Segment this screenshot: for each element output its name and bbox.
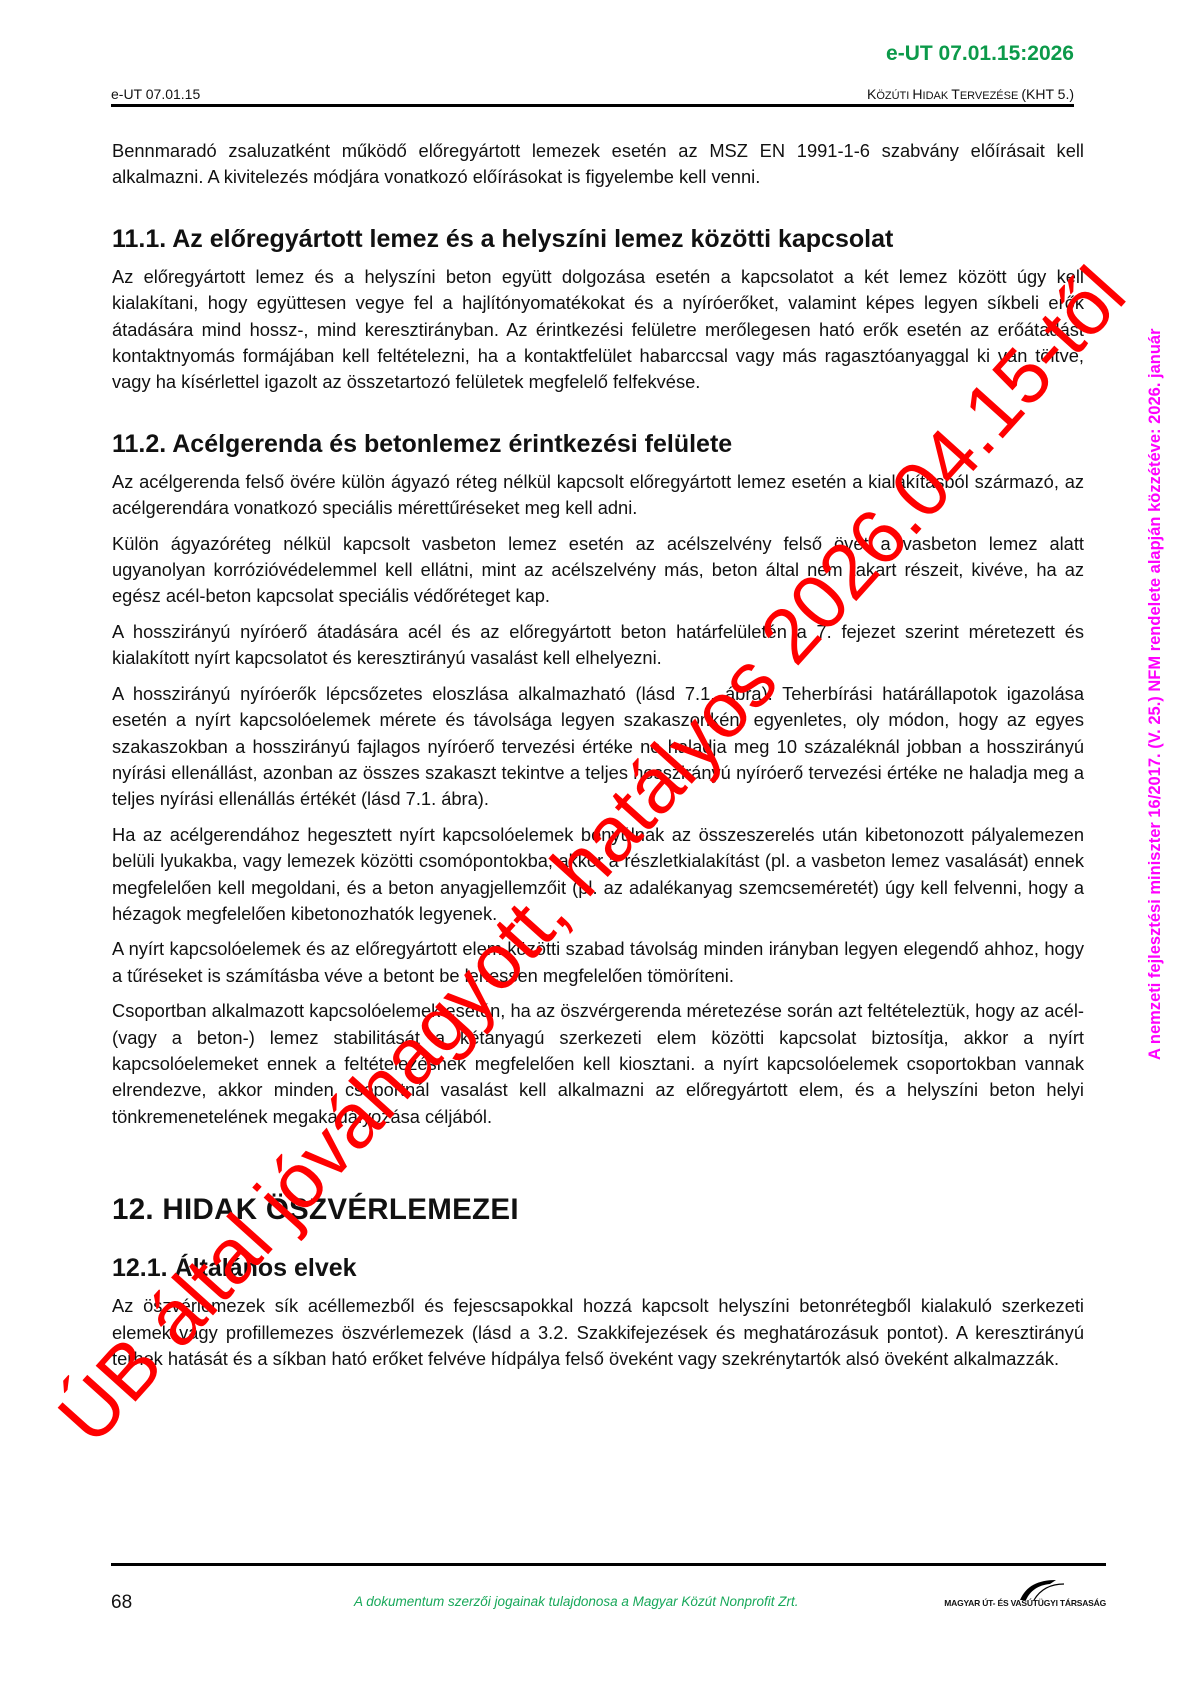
- title-part: ÖZÚTI: [876, 90, 912, 102]
- document-title: KÖZÚTI HIDAK TERVEZÉSE (KHT 5.): [867, 86, 1074, 102]
- paragraph: Az öszvérlemezek sík acéllemezből és fej…: [112, 1293, 1084, 1372]
- copyright-notice: A dokumentum szerzői jogainak tulajdonos…: [354, 1594, 798, 1609]
- publication-side-note: A nemzeti fejlesztési miniszter 16/2017.…: [1146, 328, 1165, 1060]
- publisher-logo: MAGYAR ÚT- ÉS VASÚTÜGYI TÁRSASÁG: [946, 1578, 1106, 1618]
- section-heading-11-2: 11.2. Acélgerenda és betonlemez érintkez…: [112, 429, 1084, 459]
- paragraph: Külön ágyazóréteg nélkül kapcsolt vasbet…: [112, 531, 1084, 610]
- road-curve-logo-icon: [1016, 1578, 1068, 1600]
- chapter-heading-12: 12. HIDAK ÖSZVÉRLEMEZEI: [112, 1193, 1084, 1227]
- title-part: IDAK: [923, 90, 952, 102]
- title-part: ERVEZÉSE: [960, 90, 1022, 102]
- title-part: (KHT 5.): [1021, 86, 1074, 102]
- paragraph: A hosszirányú nyíróerők lépcsőzetes elos…: [112, 681, 1084, 813]
- section-heading-12-1: 12.1. Általános elvek: [112, 1253, 1084, 1283]
- paragraph: A hosszirányú nyíróerő átadására acél és…: [112, 619, 1084, 672]
- title-part: H: [912, 86, 922, 102]
- paragraph: A nyírt kapcsolóelemek és az előregyárto…: [112, 936, 1084, 989]
- section-heading-11-1: 11.1. Az előregyártott lemez és a helysz…: [112, 224, 1084, 254]
- title-part: T: [951, 86, 960, 102]
- publisher-name: MAGYAR ÚT- ÉS VASÚTÜGYI TÁRSASÁG: [944, 1598, 1106, 1608]
- paragraph: Az acélgerenda felső övére külön ágyazó …: [112, 469, 1084, 522]
- intro-paragraph: Bennmaradó zsaluzatként működő előregyár…: [112, 138, 1084, 191]
- document-code: e-UT 07.01.15: [111, 86, 200, 102]
- page-content: Bennmaradó zsaluzatként működő előregyár…: [112, 138, 1084, 1381]
- paragraph: Ha az acélgerendához hegesztett nyírt ka…: [112, 822, 1084, 928]
- page-number: 68: [111, 1592, 132, 1614]
- running-header: e-UT 07.01.15 KÖZÚTI HIDAK TERVEZÉSE (KH…: [111, 82, 1074, 107]
- paragraph: Az előregyártott lemez és a helyszíni be…: [112, 264, 1084, 396]
- page-footer: 68 A dokumentum szerzői jogainak tulajdo…: [111, 1563, 1106, 1626]
- document-code-full: e-UT 07.01.15:2026: [886, 42, 1074, 66]
- title-part: K: [867, 86, 876, 102]
- paragraph: Csoportban alkalmazott kapcsolóelemek es…: [112, 998, 1084, 1130]
